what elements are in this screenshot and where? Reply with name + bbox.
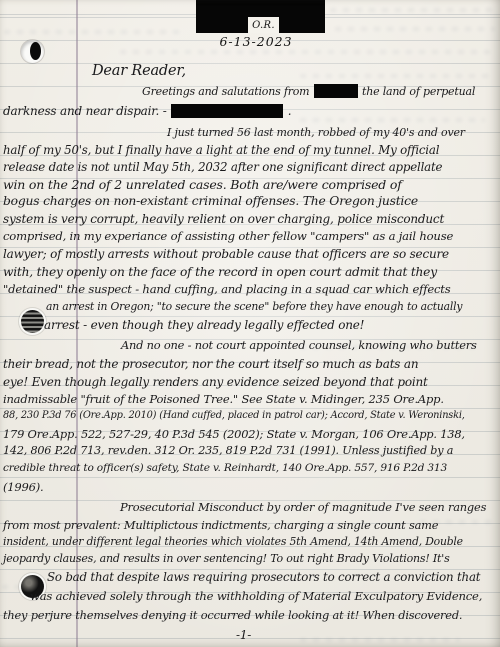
handwritten-line: win on the 2nd of 2 unrelated cases. Bot… xyxy=(3,177,402,193)
handwritten-line: So bad that despite laws requiring prose… xyxy=(47,570,480,585)
letter-date: 6-13-2023 xyxy=(206,34,306,49)
handwritten-line: from most prevalent: Multiplictous indic… xyxy=(3,518,438,532)
handwritten-text: their bread, not the prosecutor, nor the… xyxy=(3,357,418,371)
handwritten-text: inadmissable "fruit of the Poisoned Tree… xyxy=(3,392,444,406)
handwritten-text: 142, 806 P.2d 713, rev.den. 312 Or. 235,… xyxy=(3,444,453,457)
handwritten-text: 179 Ore.App. 522, 527-29, 40 P.3d 545 (2… xyxy=(3,427,465,441)
redaction-box xyxy=(171,104,283,118)
handwritten-text: darkness and near dispair. - xyxy=(3,104,170,118)
bleed-through-ink xyxy=(300,638,460,642)
handwritten-text: comprised, in my experiance of assisting… xyxy=(3,229,453,243)
handwritten-text: win on the 2nd of 2 unrelated cases. Bot… xyxy=(3,177,402,192)
handwritten-line: darkness and near dispair. - . xyxy=(3,104,291,119)
bleed-through-ink xyxy=(4,30,184,34)
handwritten-line: with, they openly on the face of the rec… xyxy=(3,265,437,280)
handwritten-text: bogus charges on non-existant criminal o… xyxy=(3,194,418,208)
letter-page: O.R. 6-13-2023 Dear Reader,Greetings and… xyxy=(0,0,500,647)
handwritten-line: I just turned 56 last month, robbed of m… xyxy=(167,126,465,140)
bleed-through-ink xyxy=(335,27,495,31)
handwritten-text: lawyer; of mostly arrests without probab… xyxy=(3,247,449,261)
handwritten-line: arrest - even though they already legall… xyxy=(44,318,364,333)
bleed-through-ink xyxy=(120,50,490,54)
handwritten-line: 179 Ore.App. 522, 527-29, 40 P.3d 545 (2… xyxy=(3,427,465,441)
handwritten-line: half of my 50's, but I finally have a li… xyxy=(3,143,439,158)
handwritten-line: comprised, in my experiance of assisting… xyxy=(3,229,453,243)
handwritten-text: (1996). xyxy=(3,480,44,494)
handwritten-line: they perjure themselves denying it occur… xyxy=(3,608,462,622)
or-stamp-label: O.R. xyxy=(248,17,279,33)
handwritten-line: credible threat to officer(s) safety, St… xyxy=(3,462,447,475)
handwritten-line: lawyer; of mostly arrests without probab… xyxy=(3,247,449,262)
handwritten-line: "detained" the suspect - hand cuffing, a… xyxy=(3,282,451,296)
handwritten-text: with, they openly on the face of the rec… xyxy=(3,265,437,279)
handwritten-text: from most prevalent: Multiplictous indic… xyxy=(3,518,438,532)
handwritten-text: jeopardy clauses, and results in over se… xyxy=(3,552,450,565)
handwritten-text: . xyxy=(284,104,291,118)
handwritten-text: 88, 230 P.3d 76 (Ore.App. 2010) (Hand cu… xyxy=(3,410,465,421)
handwritten-line: system is very corrupt, heavily relient … xyxy=(3,212,444,227)
handwritten-line: an arrest in Oregon; "to secure the scen… xyxy=(46,300,462,313)
punch-hole-middle xyxy=(21,310,44,333)
punch-hole-top xyxy=(21,40,44,63)
handwritten-text: So bad that despite laws requiring prose… xyxy=(47,570,480,584)
handwritten-line: was achieved solely through the withhold… xyxy=(30,589,482,603)
handwritten-text: the land of perpetual xyxy=(359,85,475,98)
header-redaction-bar: O.R. xyxy=(196,0,325,33)
handwritten-line: Prosecutorial Misconduct by order of mag… xyxy=(120,500,486,514)
handwritten-text: Dear Reader, xyxy=(92,63,186,79)
handwritten-line: jeopardy clauses, and results in over se… xyxy=(3,552,450,566)
handwritten-text: insident, under different legal theories… xyxy=(3,535,463,548)
handwritten-text: Prosecutorial Misconduct by order of mag… xyxy=(120,500,486,514)
handwritten-text: Greetings and salutations from xyxy=(142,85,313,98)
handwritten-text: And no one - not court appointed counsel… xyxy=(121,338,477,352)
handwritten-text: I just turned 56 last month, robbed of m… xyxy=(167,126,465,139)
handwritten-line: -1- xyxy=(236,628,251,643)
handwritten-text: system is very corrupt, heavily relient … xyxy=(3,212,444,226)
handwritten-line: insident, under different legal theories… xyxy=(3,535,463,548)
handwritten-line: 88, 230 P.3d 76 (Ore.App. 2010) (Hand cu… xyxy=(3,410,465,422)
handwritten-text: arrest - even though they already legall… xyxy=(44,318,364,332)
handwritten-line: 142, 806 P.2d 713, rev.den. 312 Or. 235,… xyxy=(3,444,453,458)
handwritten-line: their bread, not the prosecutor, nor the… xyxy=(3,357,418,372)
handwritten-text: -1- xyxy=(236,628,251,642)
handwritten-text: an arrest in Oregon; "to secure the scen… xyxy=(46,300,462,313)
handwritten-line: inadmissable "fruit of the Poisoned Tree… xyxy=(3,392,444,406)
bleed-through-ink xyxy=(300,118,485,122)
handwritten-line: release date is not until May 5th, 2032 … xyxy=(3,160,442,175)
handwritten-text: "detained" the suspect - hand cuffing, a… xyxy=(3,282,451,296)
handwritten-line: Greetings and salutations from the land … xyxy=(142,84,475,99)
handwritten-line: eye! Even though legally renders any evi… xyxy=(3,375,428,390)
handwritten-line: bogus charges on non-existant criminal o… xyxy=(3,194,418,209)
bleed-through-ink xyxy=(300,74,495,78)
handwritten-line: Dear Reader, xyxy=(92,62,186,80)
redaction-box xyxy=(314,84,358,98)
handwritten-text: release date is not until May 5th, 2032 … xyxy=(3,160,442,174)
handwritten-text: half of my 50's, but I finally have a li… xyxy=(3,143,439,157)
handwritten-text: they perjure themselves denying it occur… xyxy=(3,608,462,622)
bleed-through-ink xyxy=(330,8,495,12)
handwritten-line: And no one - not court appointed counsel… xyxy=(121,338,477,352)
handwritten-text: credible threat to officer(s) safety, St… xyxy=(3,462,447,474)
handwritten-line: (1996). xyxy=(3,480,44,494)
handwritten-text: eye! Even though legally renders any evi… xyxy=(3,375,428,389)
handwritten-text: was achieved solely through the withhold… xyxy=(30,589,482,603)
